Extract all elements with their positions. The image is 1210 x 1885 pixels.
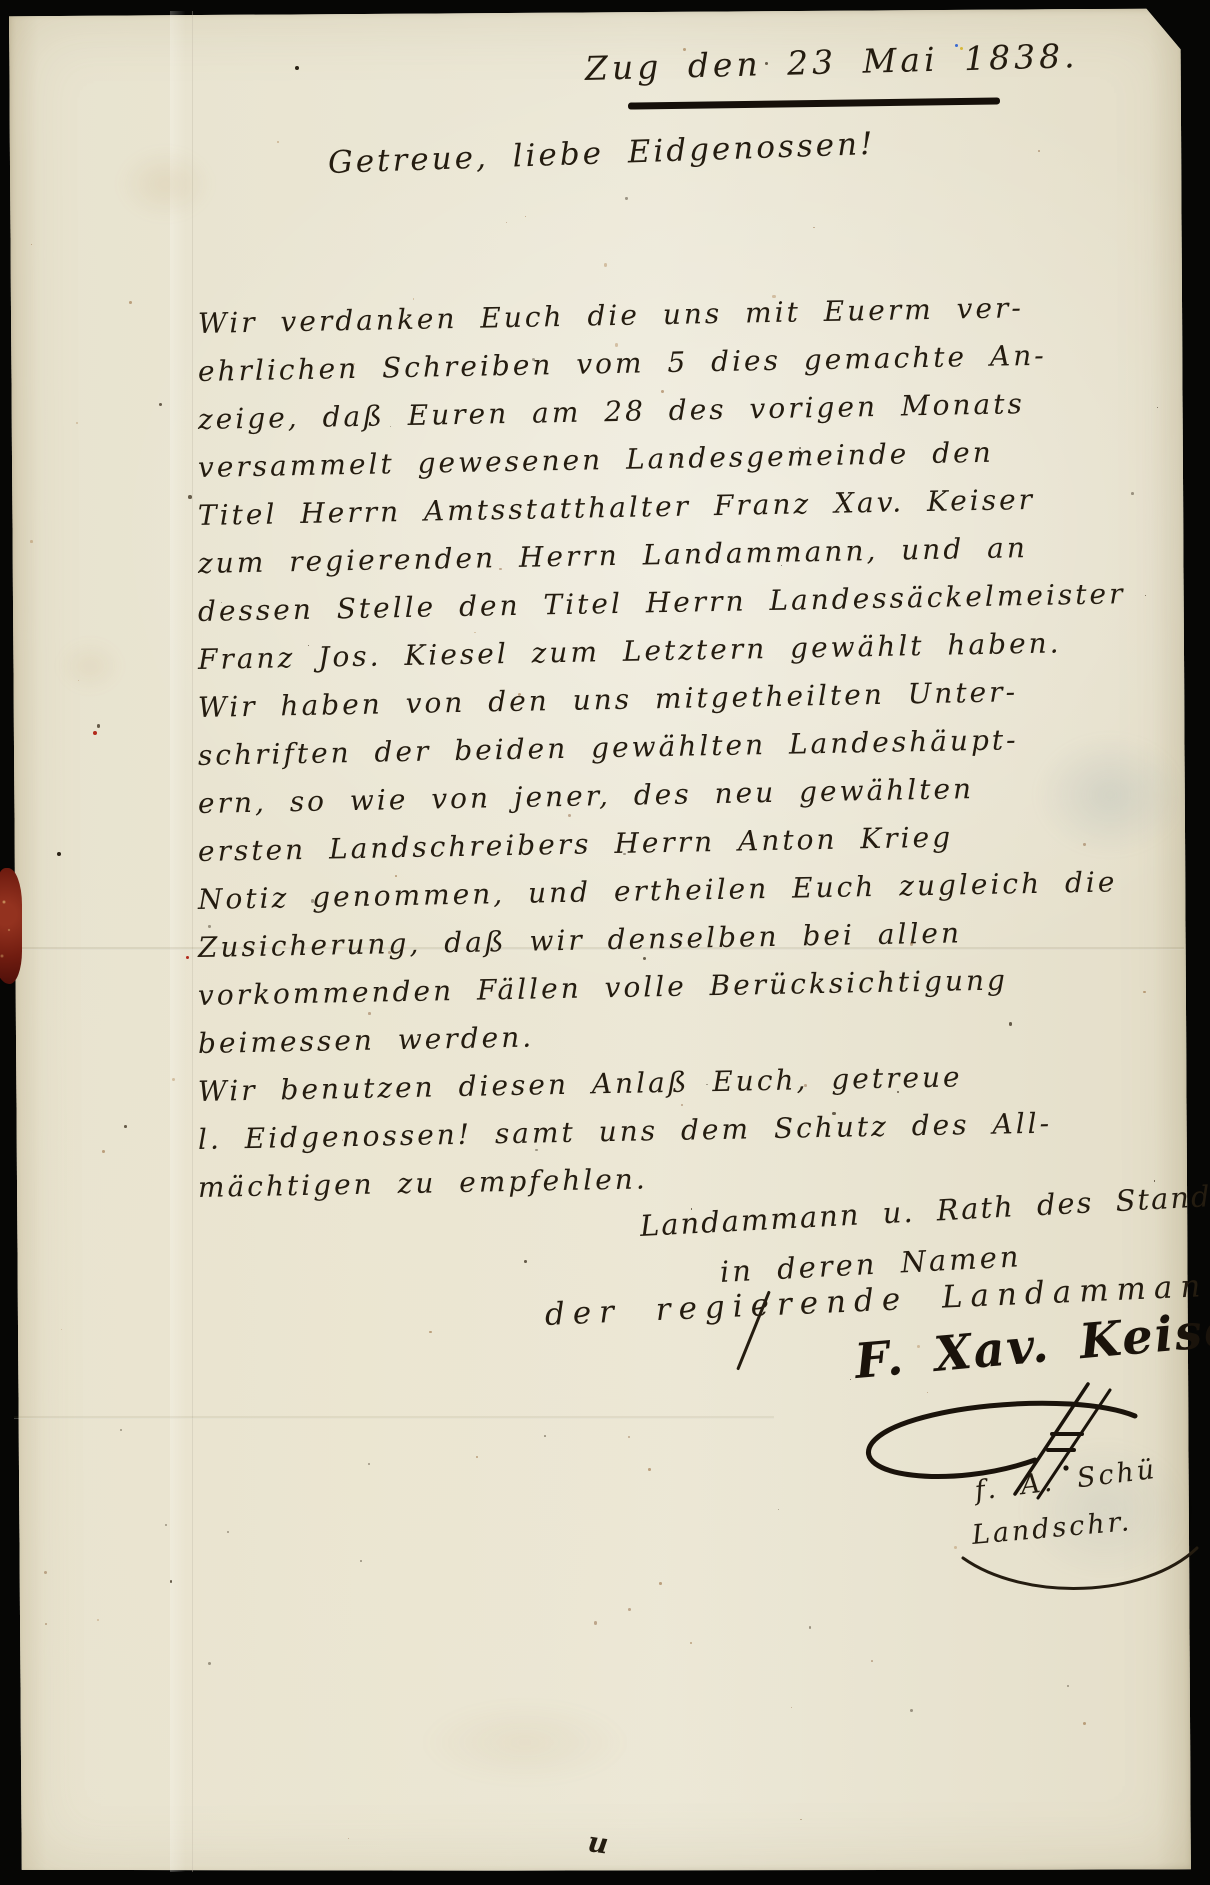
bottom-page-mark: u <box>586 1828 613 1859</box>
body-line: beimessen werden. <box>198 1024 535 1058</box>
wax-seal-remnant <box>0 868 22 984</box>
countersignature-swash <box>955 1540 1205 1610</box>
scanned-letter-page: Zug den 23 Mai 1838. Getreue, liebe Eidg… <box>0 0 1210 1885</box>
body-line: mächtigen zu empfehlen. <box>198 1165 648 1202</box>
